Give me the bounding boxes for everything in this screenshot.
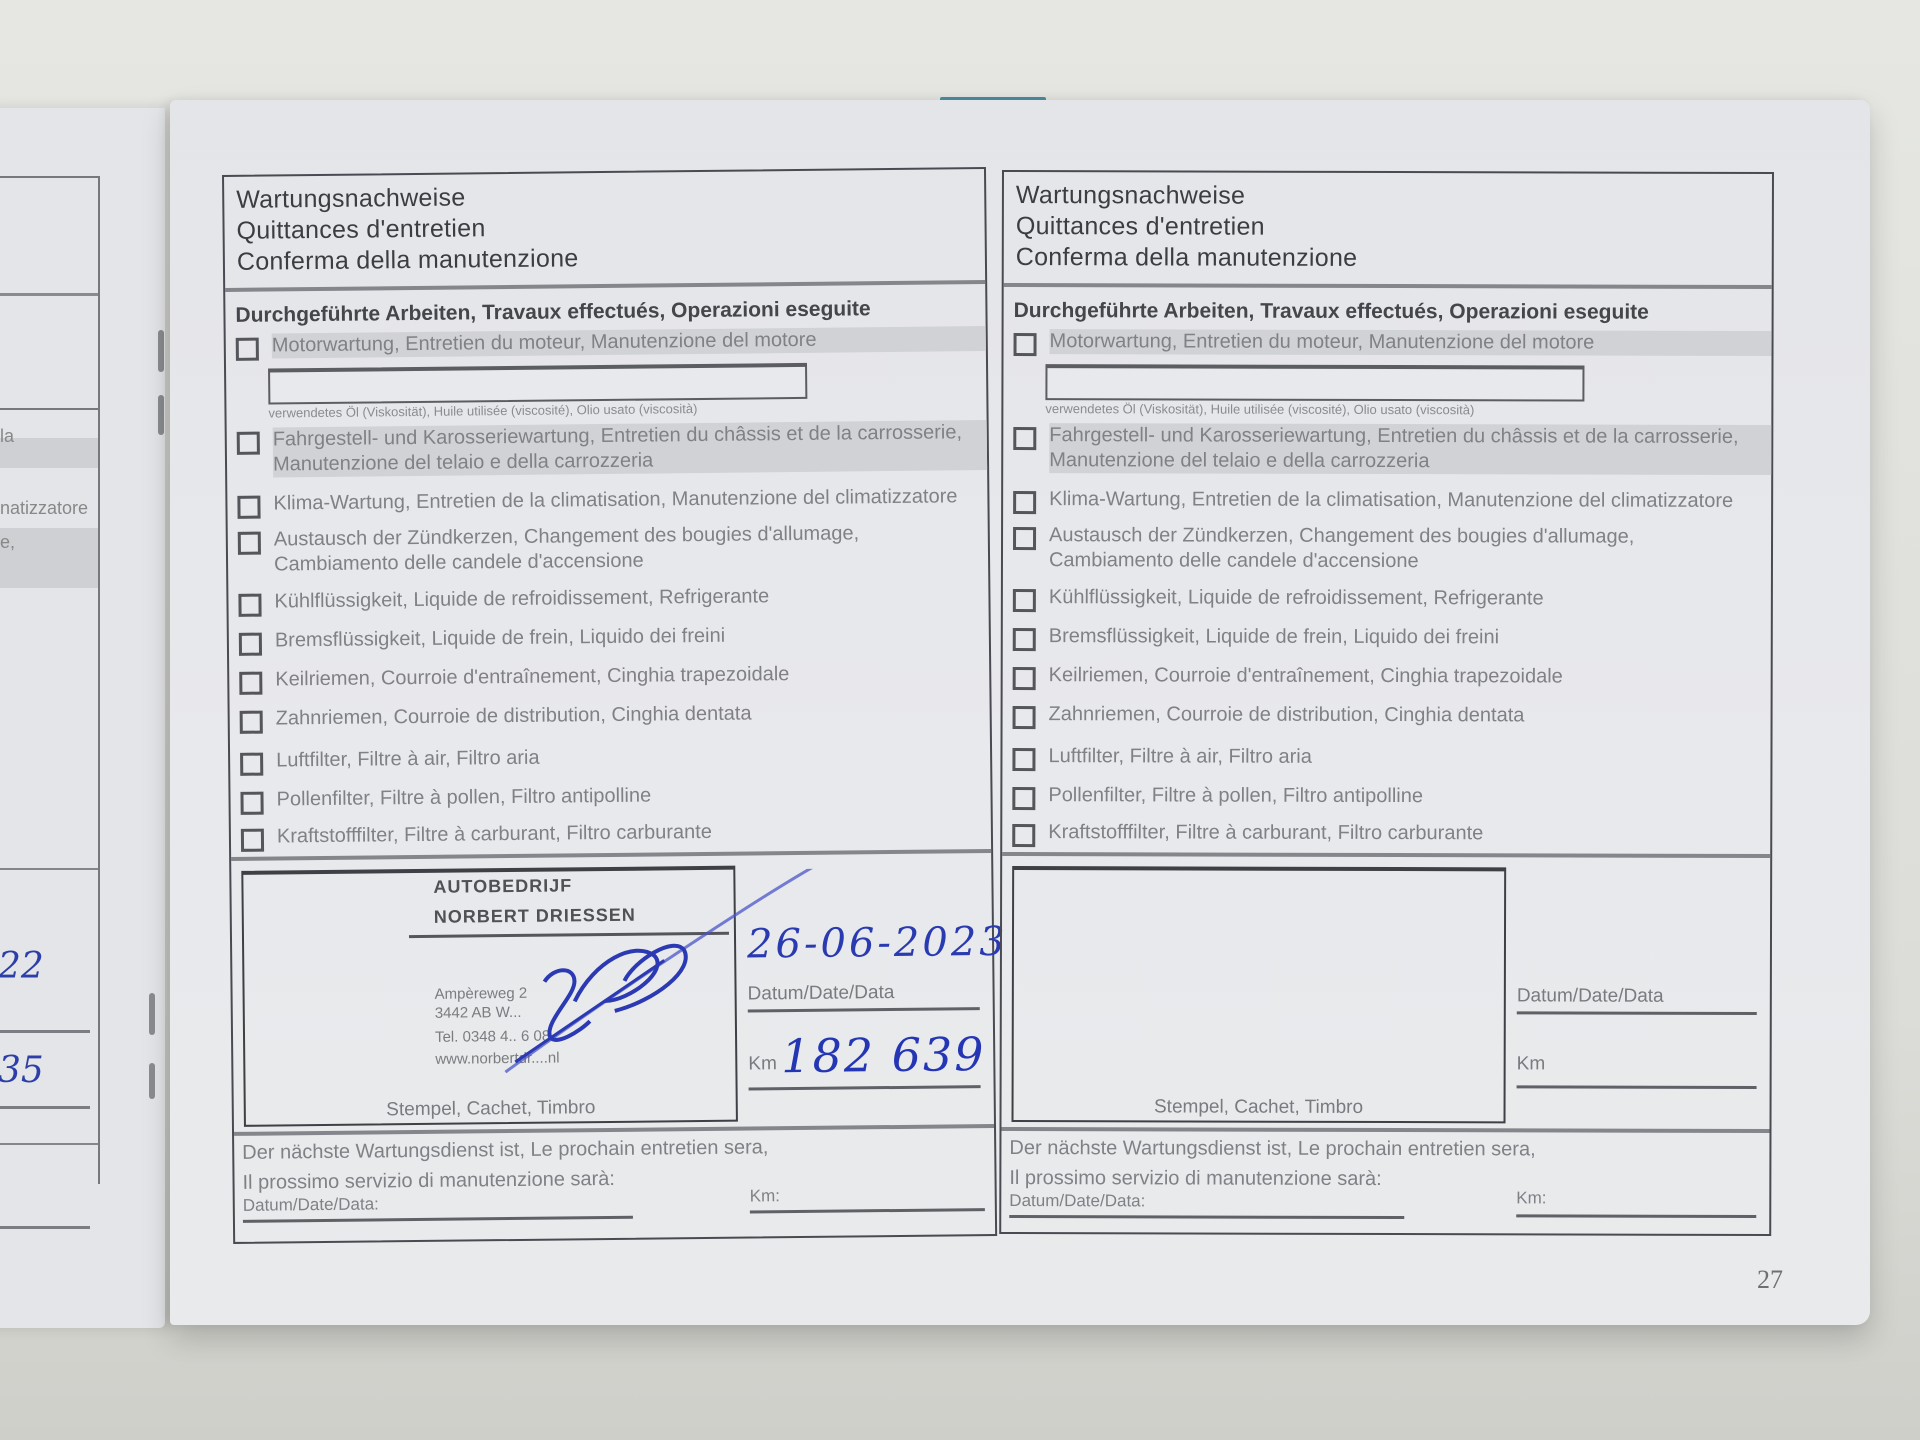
stamp-address-line: Tel. 0348 4.. 6 08 xyxy=(435,1027,550,1047)
next-service-km-label: Km: xyxy=(1516,1188,1546,1208)
maintenance-record-2: Wartungsnachweise Quittances d'entretien… xyxy=(999,170,1774,1236)
stamp-address-line: Ampèreweg 2 xyxy=(434,984,527,1004)
task-label: Austausch der Zündkerzen, Changement des… xyxy=(1049,523,1771,575)
left-page-field-rule xyxy=(0,1226,90,1229)
task-label: Zahnriemen, Courroie de distribution, Ci… xyxy=(276,699,990,731)
task-brake-fluid[interactable]: Bremsflüssigkeit, Liquide de frein, Liqu… xyxy=(1013,624,1771,653)
checkbox[interactable] xyxy=(239,633,262,656)
task-label: Keilriemen, Courroie d'entraînement, Cin… xyxy=(1049,663,1771,690)
service-km-rule xyxy=(749,1085,981,1090)
next-service-line2: Il prossimo servizio di manutenzione sar… xyxy=(1009,1163,1761,1195)
stamp-company-line2: NORBERT DRIESSEN xyxy=(434,905,636,928)
task-v-belt[interactable]: Keilriemen, Courroie d'entraînement, Cin… xyxy=(239,660,989,695)
task-label: Pollenfilter, Filtre à pollen, Filtro an… xyxy=(1048,783,1770,810)
task-engine-maintenance[interactable]: Motorwartung, Entretien du moteur, Manut… xyxy=(1014,329,1772,358)
left-page-divider xyxy=(0,868,98,870)
staple xyxy=(149,1063,155,1099)
oil-viscosity-caption: verwendetes Öl (Viskosität), Huile utili… xyxy=(1045,401,1474,417)
task-coolant[interactable]: Kühlflüssigkeit, Liquide de refroidissem… xyxy=(238,582,988,617)
task-chassis-body-maintenance[interactable]: Fahrgestell- und Karosseriewartung, Entr… xyxy=(1013,423,1771,475)
stamp-caption: Stempel, Cachet, Timbro xyxy=(246,1096,736,1123)
checkbox[interactable] xyxy=(238,594,261,617)
staple xyxy=(158,330,164,372)
checkbox[interactable] xyxy=(240,711,263,734)
stamp-box[interactable]: Stempel, Cachet, Timbro xyxy=(1012,866,1507,1123)
task-chassis-body-maintenance[interactable]: Fahrgestell- und Karosseriewartung, Entr… xyxy=(237,420,987,478)
left-page-handwritten-km: 35 xyxy=(0,1050,44,1091)
task-label: Luftfilter, Filtre à air, Filtro aria xyxy=(1048,744,1770,771)
task-pollen-filter[interactable]: Pollenfilter, Filtre à pollen, Filtro an… xyxy=(240,780,990,815)
staple xyxy=(149,993,155,1035)
page-number: 27 xyxy=(1757,1265,1783,1295)
stamp-company-line1: AUTOBEDRIJF xyxy=(433,875,572,897)
tasks-section: Durchgeführte Arbeiten, Travaux effectué… xyxy=(225,284,991,861)
task-coolant[interactable]: Kühlflüssigkeit, Liquide de refroidissem… xyxy=(1013,585,1771,614)
task-label: Bremsflüssigkeit, Liquide de frein, Liqu… xyxy=(275,621,989,653)
checkbox[interactable] xyxy=(1013,427,1036,450)
tasks-heading: Durchgeführte Arbeiten, Travaux effectué… xyxy=(1014,299,1649,325)
left-page: la natizzatore e, 22 35 xyxy=(0,108,165,1328)
staple xyxy=(158,395,164,435)
checkbox[interactable] xyxy=(241,829,264,852)
checkbox[interactable] xyxy=(1013,527,1036,550)
task-label: Bremsflüssigkeit, Liquide de frein, Liqu… xyxy=(1049,624,1771,651)
checkbox[interactable] xyxy=(1013,491,1036,514)
checkbox[interactable] xyxy=(1013,706,1036,729)
service-date-label: Datum/Date/Data xyxy=(747,982,894,1006)
checkbox[interactable] xyxy=(1012,787,1035,810)
next-service-date-field[interactable] xyxy=(1009,1215,1404,1219)
task-air-conditioning[interactable]: Klima-Wartung, Entretien de la climatisa… xyxy=(1013,487,1771,516)
form-title: Wartungsnachweise Quittances d'entretien… xyxy=(224,169,985,292)
next-service-km-field[interactable] xyxy=(1516,1214,1756,1218)
next-service-date-label: Datum/Date/Data: xyxy=(1009,1191,1145,1211)
checkbox[interactable] xyxy=(237,432,260,455)
checkbox[interactable] xyxy=(238,532,261,555)
task-label: Pollenfilter, Filtre à pollen, Filtro an… xyxy=(276,780,990,812)
left-page-handwritten-date: 22 xyxy=(0,946,44,987)
checkbox[interactable] xyxy=(1012,824,1035,847)
next-service-km-label: Km: xyxy=(750,1186,780,1206)
task-air-conditioning[interactable]: Klima-Wartung, Entretien de la climatisa… xyxy=(237,484,987,519)
left-page-field-rule xyxy=(0,1030,90,1033)
stamp-rule xyxy=(409,932,729,938)
tasks-heading: Durchgeführte Arbeiten, Travaux effectué… xyxy=(235,297,870,328)
maintenance-record-1: Wartungsnachweise Quittances d'entretien… xyxy=(222,167,997,1244)
checkbox[interactable] xyxy=(237,496,260,519)
task-timing-belt[interactable]: Zahnriemen, Courroie de distribution, Ci… xyxy=(240,699,990,734)
title-italian: Conferma della manutenzione xyxy=(237,239,973,278)
service-date-value[interactable]: 26-06-2023 xyxy=(747,919,1008,968)
service-date-rule xyxy=(748,1007,980,1012)
task-spark-plugs[interactable]: Austausch der Zündkerzen, Changement des… xyxy=(238,520,988,578)
next-service-km-field[interactable] xyxy=(750,1208,985,1213)
task-label: Austausch der Zündkerzen, Changement des… xyxy=(274,520,988,577)
task-label: Fahrgestell- und Karosseriewartung, Entr… xyxy=(1049,423,1771,475)
task-label: Motorwartung, Entretien du moteur, Manut… xyxy=(272,326,986,358)
next-service-date-label: Datum/Date/Data: xyxy=(243,1194,379,1215)
task-label: Motorwartung, Entretien du moteur, Manut… xyxy=(1050,329,1772,356)
task-label: Kühlflüssigkeit, Liquide de refroidissem… xyxy=(1049,585,1771,612)
title-german: Wartungsnachweise xyxy=(1016,180,1760,213)
checkbox[interactable] xyxy=(1014,333,1037,356)
task-label: Klima-Wartung, Entretien de la climatisa… xyxy=(1049,487,1771,514)
task-label: Fahrgestell- und Karosseriewartung, Entr… xyxy=(273,420,987,477)
stamp-caption: Stempel, Cachet, Timbro xyxy=(1014,1096,1504,1119)
task-fuel-filter[interactable]: Kraftstofffilter, Filtre à carburant, Fi… xyxy=(1012,820,1770,849)
checkbox[interactable] xyxy=(240,792,263,815)
checkbox[interactable] xyxy=(236,338,259,361)
checkbox[interactable] xyxy=(1012,748,1035,771)
task-label: Kühlflüssigkeit, Liquide de refroidissem… xyxy=(274,582,988,614)
task-timing-belt[interactable]: Zahnriemen, Courroie de distribution, Ci… xyxy=(1013,702,1771,731)
checkbox[interactable] xyxy=(1013,589,1036,612)
title-french: Quittances d'entretien xyxy=(1016,211,1760,244)
task-label: Kraftstofffilter, Filtre à carburant, Fi… xyxy=(277,817,991,849)
task-label: Zahnriemen, Courroie de distribution, Ci… xyxy=(1049,702,1771,729)
task-spark-plugs[interactable]: Austausch der Zündkerzen, Changement des… xyxy=(1013,523,1771,575)
oil-viscosity-field[interactable] xyxy=(268,363,807,405)
left-page-field-rule xyxy=(0,1106,90,1109)
task-brake-fluid[interactable]: Bremsflüssigkeit, Liquide de frein, Liqu… xyxy=(239,621,989,656)
task-label: Keilriemen, Courroie d'entraînement, Cin… xyxy=(275,660,989,692)
service-km-label: Km xyxy=(1517,1053,1546,1075)
oil-viscosity-field[interactable] xyxy=(1045,364,1584,401)
task-pollen-filter[interactable]: Pollenfilter, Filtre à pollen, Filtro an… xyxy=(1012,783,1770,812)
stamp-address-line: 3442 AB W... xyxy=(435,1003,522,1023)
task-label: Klima-Wartung, Entretien de la climatisa… xyxy=(273,484,987,516)
task-label: Luftfilter, Filtre à air, Filtro aria xyxy=(276,741,990,773)
checkbox[interactable] xyxy=(239,672,262,695)
checkbox[interactable] xyxy=(1013,628,1036,651)
service-km-value[interactable]: 182 639 xyxy=(781,1027,986,1083)
checkbox[interactable] xyxy=(240,753,263,776)
next-service-section: Der nächste Wartungsdienst ist, Le proch… xyxy=(234,1124,995,1242)
checkbox[interactable] xyxy=(1013,667,1036,690)
task-v-belt[interactable]: Keilriemen, Courroie d'entraînement, Cin… xyxy=(1013,663,1771,692)
left-page-form-border xyxy=(0,184,100,1184)
task-label: Kraftstofffilter, Filtre à carburant, Fi… xyxy=(1048,820,1770,847)
next-service-date-field[interactable] xyxy=(243,1216,633,1223)
form-title: Wartungsnachweise Quittances d'entretien… xyxy=(1004,172,1772,289)
next-service-line1: Der nächste Wartungsdienst ist, Le proch… xyxy=(1009,1133,1761,1165)
task-engine-maintenance[interactable]: Motorwartung, Entretien du moteur, Manut… xyxy=(236,326,986,361)
service-date-field[interactable] xyxy=(1517,1011,1757,1015)
stamp-box[interactable]: AUTOBEDRIJF NORBERT DRIESSEN Ampèreweg 2… xyxy=(241,866,738,1127)
left-page-divider xyxy=(0,1143,98,1145)
service-date-label: Datum/Date/Data xyxy=(1517,985,1664,1007)
stamp-and-readings: Stempel, Cachet, Timbro Datum/Date/Data … xyxy=(1001,852,1770,1133)
tasks-section: Durchgeführte Arbeiten, Travaux effectué… xyxy=(1002,287,1771,858)
task-fuel-filter[interactable]: Kraftstofffilter, Filtre à carburant, Fi… xyxy=(241,817,991,852)
booklet-page: Wartungsnachweise Quittances d'entretien… xyxy=(170,100,1870,1325)
task-air-filter[interactable]: Luftfilter, Filtre à air, Filtro aria xyxy=(240,741,990,776)
title-italian: Conferma della manutenzione xyxy=(1016,242,1760,275)
service-km-label: Km xyxy=(748,1053,777,1075)
next-service-section: Der nächste Wartungsdienst ist, Le proch… xyxy=(1001,1127,1769,1234)
stamp-and-readings: AUTOBEDRIJF NORBERT DRIESSEN Ampèreweg 2… xyxy=(231,849,994,1136)
next-service-line2: Il prossimo servizio di manutenzione sar… xyxy=(242,1160,986,1198)
service-km-field[interactable] xyxy=(1517,1085,1757,1089)
task-air-filter[interactable]: Luftfilter, Filtre à air, Filtro aria xyxy=(1012,744,1770,773)
oil-viscosity-caption: verwendetes Öl (Viskosität), Huile utili… xyxy=(268,401,697,420)
stamp-address-line: www.norbertdr....nl xyxy=(435,1049,559,1069)
